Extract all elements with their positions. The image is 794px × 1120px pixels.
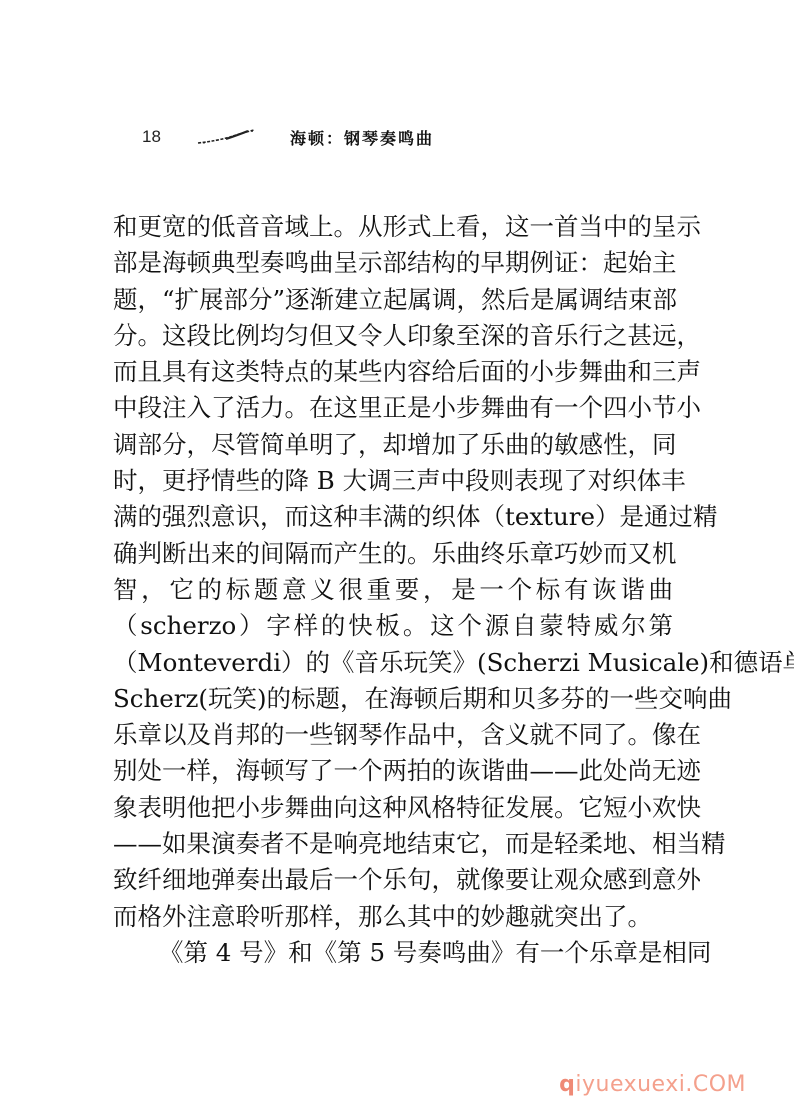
running-header: 18 海顿：钢琴奏鸣曲 (142, 122, 434, 152)
text-line: （Monteverdi）的《音乐玩笑》(Scherzi Musicale)和德语… (113, 645, 673, 681)
text-line: 乐章以及肖邦的一些钢琴作品中，含义就不同了。像在 (113, 717, 673, 753)
text-line: 分。这段比例均匀但又令人印象至深的音乐行之甚远， (113, 318, 673, 354)
text-line: 部是海顿典型奏鸣曲呈示部结构的早期例证：起始主 (113, 245, 673, 281)
text-line: 调部分，尽管简单明了，却增加了乐曲的敏感性，同 (113, 427, 673, 463)
running-title: 海顿：钢琴奏鸣曲 (290, 126, 434, 149)
text-line: 别处一样，海顿写了一个两拍的诙谐曲——此处尚无迹 (113, 753, 673, 789)
text-line: （scherzo）字样的快板。这个源自蒙特威尔第 (113, 608, 673, 644)
text-line: Scherz(玩笑)的标题，在海顿后期和贝多芬的一些交响曲 (113, 681, 673, 717)
text-line: 满的强烈意识，而这种丰满的织体（texture）是通过精 (113, 499, 673, 535)
watermark-logo-letter: q (559, 1072, 575, 1097)
text-line: 中段注入了活力。在这里正是小步舞曲有一个四小节小 (113, 390, 673, 426)
page-number: 18 (142, 127, 182, 147)
ornament-icon (196, 128, 258, 146)
watermark: qiyuexuexi.COM (559, 1072, 746, 1097)
text-line: 智，它的标题意义很重要，是一个标有诙谐曲 (113, 572, 673, 608)
text-line: 和更宽的低音音域上。从形式上看，这一首当中的呈示 (113, 209, 673, 245)
text-line: 象表明他把小步舞曲向这种风格特征发展。它短小欢快 (113, 790, 673, 826)
text-line: ——如果演奏者不是响亮地结束它，而是轻柔地、相当精 (113, 826, 673, 862)
text-line: 而且具有这类特点的某些内容给后面的小步舞曲和三声 (113, 354, 673, 390)
text-line: 致纤细地弹奏出最后一个乐句，就像要让观众感到意外 (113, 862, 673, 898)
paragraph-start-line: 《第 4 号》和《第 5 号奏鸣曲》有一个乐章是相同 (113, 935, 673, 971)
text-line: 确判断出来的间隔而产生的。乐曲终乐章巧妙而又机 (113, 536, 673, 572)
text-line: 时，更抒情些的降 B 大调三声中段则表现了对织体丰 (113, 463, 673, 499)
paragraph-end-line: 而格外注意聆听那样，那么其中的妙趣就突出了。 (113, 899, 673, 935)
watermark-text: iyuexuexi.COM (575, 1072, 746, 1097)
body-text: 和更宽的低音音域上。从形式上看，这一首当中的呈示 部是海顿典型奏鸣曲呈示部结构的… (113, 209, 673, 971)
text-line: 题，“扩展部分”逐渐建立起属调，然后是属调结束部 (113, 282, 673, 318)
